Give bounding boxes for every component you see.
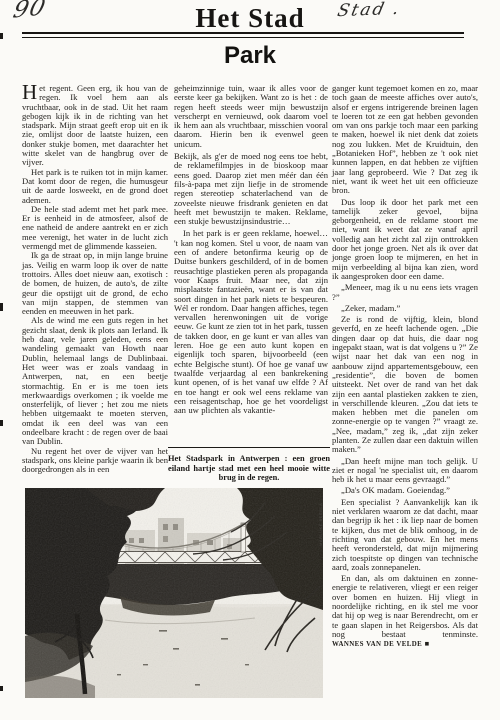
caption-rule (168, 447, 330, 448)
photo-caption: Het Stadspark in Antwerpen : een groen e… (168, 454, 330, 483)
byline: WANNES VAN DE VELDE (332, 641, 422, 648)
paragraph: Bekijk, als g'er de moed nog eens toe he… (174, 152, 328, 226)
park-photo (25, 488, 323, 698)
scan-speck (0, 420, 3, 426)
paragraph: Als de wind me een guts regen in het gez… (22, 316, 168, 446)
paragraph: „Dan heeft mijne man toch gelijk. U ziet… (332, 457, 478, 485)
drop-cap: H (22, 84, 39, 101)
paragraph: De hele stad ademt met het park mee. Er … (22, 205, 168, 251)
paragraph: Het park is te ruiken tot in mijn kamer.… (22, 168, 168, 205)
paragraph: In het park is er geen reklame, hoewel… … (174, 229, 328, 415)
paragraph: Een specialist ? Aanvankelijk kan ik nie… (332, 498, 478, 572)
paragraph: „Da's OK madam. Goeiendag.” (332, 486, 478, 495)
masthead-rule (22, 32, 464, 38)
article-headline: Park (0, 42, 500, 70)
scan-speck (0, 686, 3, 691)
paragraph: „Zeker, madam.” (332, 304, 478, 313)
paragraph: Ik ga de straat op, in mijn lange bruine… (22, 251, 168, 316)
scan-speck (0, 303, 3, 311)
newspaper-page: 90 Stad . Het Stad Park Het regent. Geen… (0, 0, 500, 720)
photo-credit: MARLUKE BERELA (318, 488, 325, 546)
paragraph: Het regent. Geen erg, ik hou van de rege… (22, 84, 168, 168)
article-column-3: ganger kunt tegemoet komen en zo, maar t… (332, 84, 478, 684)
paragraph: Nu regent het over de vijver van het sta… (22, 447, 168, 475)
paragraph: En dan, als om daktuinen en zonne-energi… (332, 574, 478, 649)
paragraph: Dus loop ik door het park met een tameli… (332, 198, 478, 282)
article-end-mark: ■ (425, 639, 430, 648)
paragraph-text: En dan, als om daktuinen en zonne-energi… (332, 573, 478, 639)
article-column-1: Het regent. Geen erg, ik hou van de rege… (22, 84, 168, 486)
paragraph-text: et regent. Geen erg, ik hou van de regen… (22, 83, 168, 167)
paragraph: ganger kunt tegemoet komen en zo, maar t… (332, 84, 478, 196)
paragraph: „Meneer, mag ik u nu eens iets vragen ?” (332, 283, 478, 302)
article-column-2: geheimzinnige tuin, waar ik alles voor d… (174, 84, 328, 442)
masthead-title: Het Stad (0, 3, 500, 34)
paragraph: geheimzinnige tuin, waar ik alles voor d… (174, 84, 328, 149)
paragraph: Ze is rond de vijftig, klein, blond geve… (332, 315, 478, 454)
